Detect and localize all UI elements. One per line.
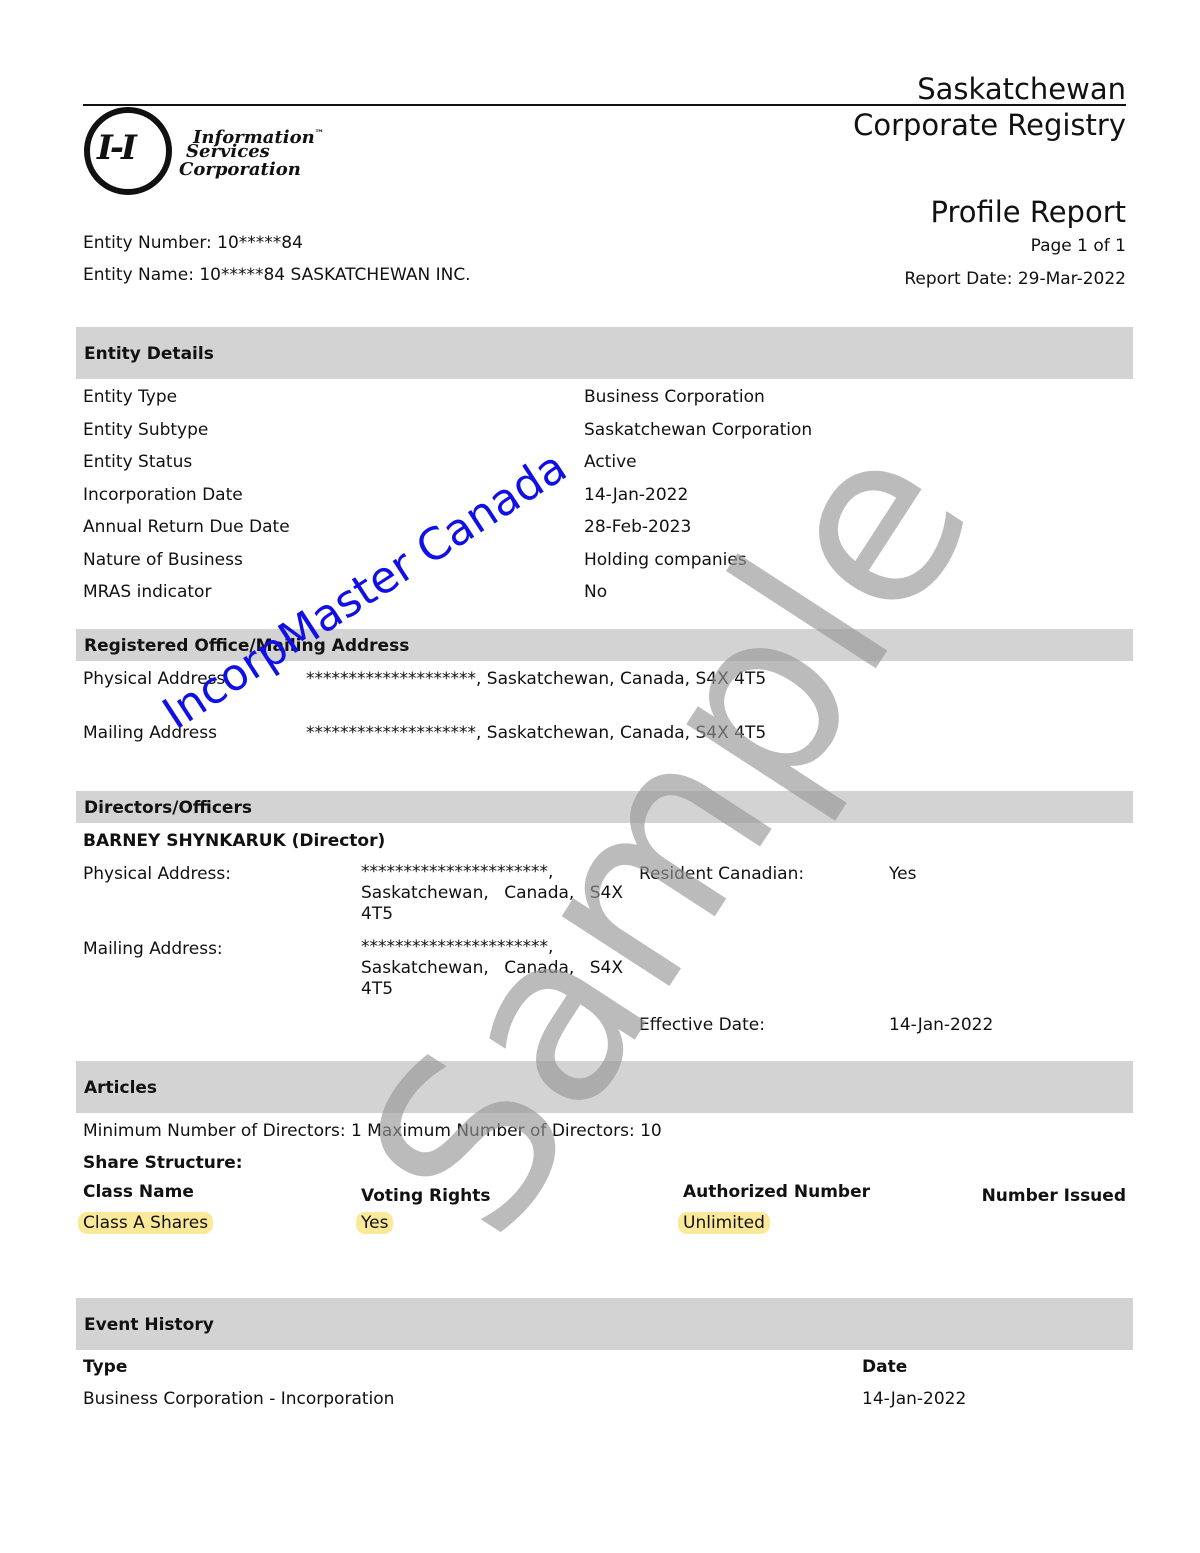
director-mailing-label: Mailing Address: (83, 939, 223, 959)
share-voting-rights: Yes (361, 1213, 393, 1233)
header-rule (83, 104, 1126, 106)
section-title: Registered Office/Mailing Address (84, 636, 409, 656)
registry-name: Corporate Registry (853, 108, 1126, 142)
share-authorized-number: Unlimited (683, 1213, 770, 1233)
entity-detail-value: No (584, 582, 607, 602)
report-date: Report Date: 29-Mar-2022 (904, 269, 1126, 289)
event-type: Business Corporation - Incorporation (83, 1389, 394, 1409)
section-title: Directors/Officers (84, 798, 252, 818)
section-directors: Directors/Officers (76, 791, 1133, 823)
entity-number: Entity Number: 10*****84 (83, 233, 303, 253)
entity-detail-value: 14-Jan-2022 (584, 485, 688, 505)
resident-label: Resident Canadian: (639, 864, 804, 884)
directors-count-line: Minimum Number of Directors: 1 Maximum N… (83, 1121, 662, 1141)
page-info: Page 1 of 1 (1031, 236, 1126, 256)
event-date: 14-Jan-2022 (862, 1389, 966, 1409)
col-number-issued: Number Issued (982, 1186, 1126, 1206)
section-articles: Articles (76, 1061, 1133, 1113)
section-event-history: Event History (76, 1298, 1133, 1350)
section-title: Event History (84, 1315, 214, 1335)
director-name: BARNEY SHYNKARUK (Director) (83, 831, 385, 851)
logo-mark-icon: I-I (97, 128, 134, 168)
office-mailing-label: Mailing Address (83, 723, 217, 743)
entity-detail-label: Annual Return Due Date (83, 517, 290, 537)
section-title: Entity Details (84, 344, 214, 364)
entity-detail-label: Nature of Business (83, 550, 243, 570)
office-mailing-value: ********************, Saskatchewan, Cana… (306, 723, 766, 743)
effective-date-value: 14-Jan-2022 (889, 1015, 993, 1035)
entity-name: Entity Name: 10*****84 SASKATCHEWAN INC. (83, 265, 471, 285)
registry-province: Saskatchewan (917, 72, 1126, 106)
office-physical-label: Physical Address (83, 669, 225, 689)
logo-line-3: Corporation (179, 161, 301, 179)
entity-detail-value: Holding companies (584, 550, 747, 570)
office-physical-value: ********************, Saskatchewan, Cana… (306, 669, 766, 689)
section-registered-office: Registered Office/Mailing Address (76, 629, 1133, 661)
entity-detail-label: Entity Type (83, 387, 177, 407)
resident-value: Yes (889, 864, 916, 884)
entity-detail-value: Saskatchewan Corporation (584, 420, 812, 440)
entity-detail-label: Entity Status (83, 452, 192, 472)
col-authorized-number: Authorized Number (683, 1182, 870, 1202)
effective-date-label: Effective Date: (639, 1015, 765, 1035)
section-entity-details: Entity Details (76, 327, 1133, 379)
entity-detail-value: Active (584, 452, 637, 472)
col-voting-rights: Voting Rights (361, 1186, 490, 1206)
share-class-name: Class A Shares (83, 1213, 213, 1233)
col-date: Date (862, 1357, 907, 1377)
director-physical-label: Physical Address: (83, 864, 231, 884)
entity-detail-value: 28-Feb-2023 (584, 517, 691, 537)
entity-detail-value: Business Corporation (584, 387, 765, 407)
section-title: Articles (84, 1078, 157, 1098)
col-class-name: Class Name (83, 1182, 194, 1202)
entity-detail-label: MRAS indicator (83, 582, 211, 602)
entity-detail-label: Entity Subtype (83, 420, 208, 440)
share-structure-label: Share Structure: (83, 1153, 243, 1173)
director-physical-value: **********************, Saskatchewan, Ca… (361, 862, 623, 925)
report-title: Profile Report (930, 195, 1126, 229)
entity-detail-label: Incorporation Date (83, 485, 243, 505)
director-mailing-value: **********************, Saskatchewan, Ca… (361, 937, 623, 1000)
col-type: Type (83, 1357, 127, 1377)
